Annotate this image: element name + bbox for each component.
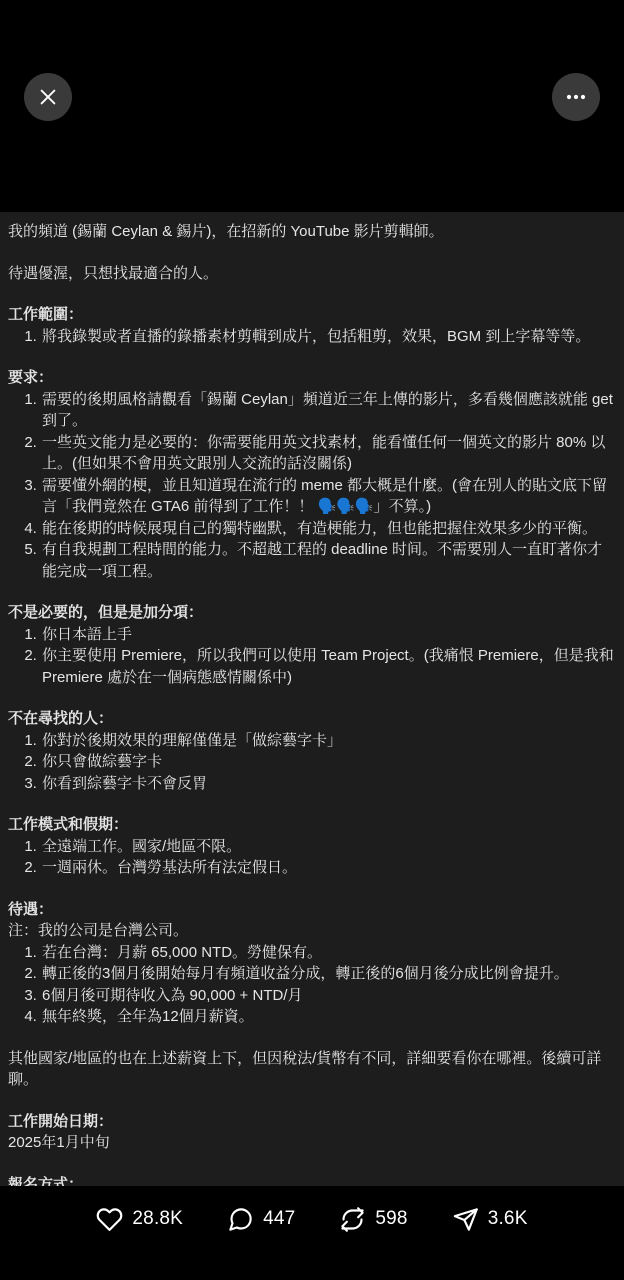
section-heading-compensation: 待遇： bbox=[8, 899, 616, 921]
section-heading-not-looking-for: 不在尋找的人： bbox=[8, 708, 616, 730]
send-plane-icon bbox=[452, 1206, 479, 1233]
list-item: 需要的後期風格請觀看「錫蘭 Ceylan」頻道近三年上傳的影片，多看幾個應該就能… bbox=[41, 389, 616, 432]
list-item: 你只會做綜藝字卡 bbox=[41, 751, 616, 773]
engagement-bar: 28.8K 447 598 3.6K bbox=[0, 1196, 624, 1242]
comment-bubble-icon bbox=[227, 1206, 254, 1233]
ellipsis-icon bbox=[564, 85, 588, 109]
like-count: 28.8K bbox=[132, 1208, 183, 1230]
list-item: 轉正後的3個月後開始每月有頻道收益分成，轉正後的6個月後分成比例會提升。 bbox=[41, 963, 616, 985]
more-options-button[interactable] bbox=[552, 73, 600, 121]
section-list-scope: 將我錄製或者直播的錄播素材剪輯到成片，包括粗剪，效果，BGM 到上字幕等等。 bbox=[8, 326, 616, 348]
list-item: 能在後期的時候展現自己的獨特幽默，有造梗能力，但也能把握住效果多少的平衡。 bbox=[41, 518, 616, 540]
section-heading-start-date: 工作開始日期： bbox=[8, 1111, 616, 1133]
section-heading-bonus: 不是必要的，但是是加分項： bbox=[8, 602, 616, 624]
list-item: 一些英文能力是必要的：你需要能用英文找素材，能看懂任何一個英文的影片 80% 以… bbox=[41, 432, 616, 475]
post-content: 我的頻道 (錫蘭 Ceylan & 錫片)，在招新的 YouTube 影片剪輯師… bbox=[0, 212, 624, 1186]
repost-button[interactable]: 598 bbox=[339, 1206, 407, 1233]
section-list-requirements: 需要的後期風格請觀看「錫蘭 Ceylan」頻道近三年上傳的影片，多看幾個應該就能… bbox=[8, 389, 616, 583]
section-list-compensation: 若在台灣：月薪 65,000 NTD。勞健保有。 轉正後的3個月後開始每月有頻道… bbox=[8, 942, 616, 1028]
post-intro-line: 我的頻道 (錫蘭 Ceylan & 錫片)，在招新的 YouTube 影片剪輯師… bbox=[8, 221, 616, 243]
start-date-value: 2025年1月中旬 bbox=[8, 1132, 616, 1154]
repost-arrows-icon bbox=[339, 1206, 366, 1233]
list-item: 6個月後可期待收入為 90,000 + NTD/月 bbox=[41, 985, 616, 1007]
section-list-work-mode: 全遠端工作。國家/地區不限。 一週兩休。台灣勞基法所有法定假日。 bbox=[8, 836, 616, 879]
reply-count: 447 bbox=[263, 1208, 295, 1230]
repost-count: 598 bbox=[375, 1208, 407, 1230]
list-item: 你對於後期效果的理解僅僅是「做綜藝字卡」 bbox=[41, 730, 616, 752]
close-icon bbox=[37, 86, 59, 108]
reply-button[interactable]: 447 bbox=[227, 1206, 295, 1233]
compensation-note: 注：我的公司是台灣公司。 bbox=[8, 920, 616, 942]
list-item: 你日本語上手 bbox=[41, 624, 616, 646]
like-button[interactable]: 28.8K bbox=[96, 1206, 183, 1233]
close-button[interactable] bbox=[24, 73, 72, 121]
list-item: 你主要使用 Premiere，所以我們可以使用 Team Project。(我痛… bbox=[41, 645, 616, 688]
share-button[interactable]: 3.6K bbox=[452, 1206, 528, 1233]
list-item: 將我錄製或者直播的錄播素材剪輯到成片，包括粗剪，效果，BGM 到上字幕等等。 bbox=[41, 326, 616, 348]
section-heading-apply: 報名方式： bbox=[8, 1174, 616, 1187]
top-bar bbox=[0, 73, 624, 121]
section-heading-requirements: 要求： bbox=[8, 367, 616, 389]
list-item: 有自我規劃工程時間的能力。不超越工程的 deadline 时间。不需要別人一直盯… bbox=[41, 539, 616, 582]
list-item: 需要懂外網的梗，並且知道現在流行的 meme 都大概是什麼。(會在別人的貼文底下… bbox=[41, 475, 616, 518]
section-heading-scope: 工作範圍： bbox=[8, 304, 616, 326]
list-item: 無年終獎，全年為12個月薪資。 bbox=[41, 1006, 616, 1028]
section-list-not-looking-for: 你對於後期效果的理解僅僅是「做綜藝字卡」 你只會做綜藝字卡 你看到綜藝字卡不會反… bbox=[8, 730, 616, 795]
section-list-bonus: 你日本語上手 你主要使用 Premiere，所以我們可以使用 Team Proj… bbox=[8, 624, 616, 689]
other-regions-paragraph: 其他國家/地區的也在上述薪資上下，但因稅法/貨幣有不同，詳細要看你在哪裡。後續可… bbox=[8, 1048, 616, 1091]
list-item: 全遠端工作。國家/地區不限。 bbox=[41, 836, 616, 858]
list-item: 一週兩休。台灣勞基法所有法定假日。 bbox=[41, 857, 616, 879]
heart-icon bbox=[96, 1206, 123, 1233]
share-count: 3.6K bbox=[488, 1208, 528, 1230]
list-item: 若在台灣：月薪 65,000 NTD。勞健保有。 bbox=[41, 942, 616, 964]
list-item: 你看到綜藝字卡不會反胃 bbox=[41, 773, 616, 795]
section-heading-work-mode: 工作模式和假期： bbox=[8, 814, 616, 836]
post-intro-line: 待遇優渥，只想找最適合的人。 bbox=[8, 263, 616, 285]
